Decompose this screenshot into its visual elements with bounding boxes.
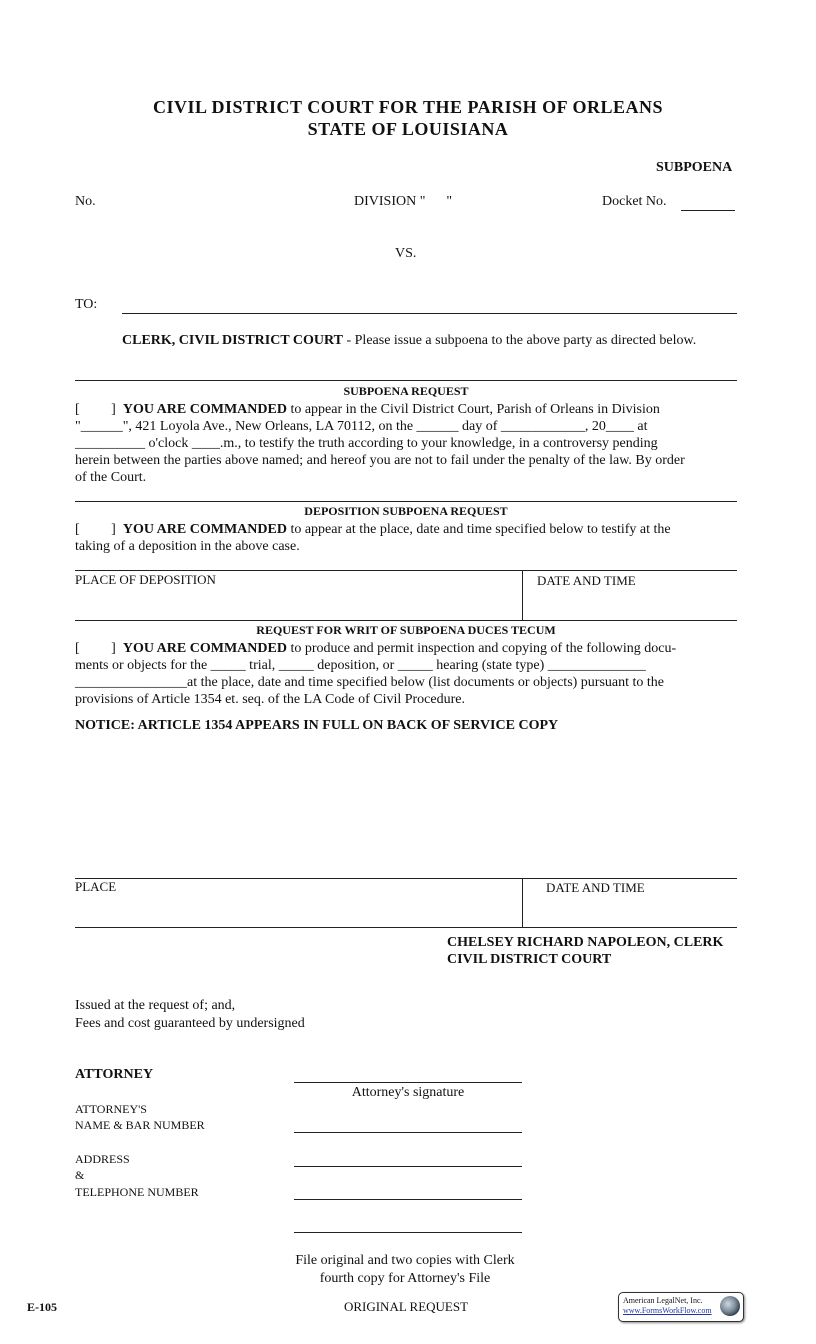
docket-number-field[interactable] [681, 210, 735, 211]
divider [522, 878, 523, 928]
to-field[interactable] [122, 313, 737, 314]
duces-tecum-commanded: YOU ARE COMMANDED [123, 641, 287, 656]
duces-tecum-line4: provisions of Article 1354 et. seq. of t… [75, 691, 737, 708]
clerk-name: CHELSEY RICHARD NAPOLEON, CLERK [447, 935, 723, 951]
clerk-request-text: - Please issue a subpoena to the above p… [343, 333, 696, 348]
attorney-name-label-2: NAME & BAR NUMBER [75, 1118, 205, 1133]
subpoena-line2: "______", 421 Loyola Ave., New Orleans, … [75, 418, 737, 435]
place-of-deposition-label: PLACE OF DEPOSITION [75, 572, 216, 588]
ampersand-label: & [75, 1168, 84, 1183]
form-code: E-105 [27, 1300, 57, 1315]
deposition-date-time-field[interactable] [525, 590, 735, 618]
attorney-name-field[interactable] [294, 1132, 522, 1133]
extra-field[interactable] [294, 1232, 522, 1233]
telephone-label: TELEPHONE NUMBER [75, 1185, 199, 1200]
state-title: STATE OF LOUISIANA [0, 119, 816, 140]
date-time-field[interactable] [525, 897, 735, 925]
globe-icon [720, 1296, 740, 1316]
subpoena-request-body: [ ] YOU ARE COMMANDED to appear in the C… [75, 401, 737, 486]
clerk-request: CLERK, CIVIL DISTRICT COURT - Please iss… [75, 332, 715, 349]
place-field[interactable] [75, 897, 520, 925]
divider [75, 878, 737, 879]
document-type: SUBPOENA [656, 160, 732, 176]
deposition-request-heading: DEPOSITION SUBPOENA REQUEST [75, 504, 737, 519]
divider [75, 380, 737, 381]
duces-tecum-checkbox[interactable]: [ ] [75, 641, 116, 656]
deposition-line1: to appear at the place, date and time sp… [287, 522, 671, 537]
subpoena-request-heading: SUBPOENA REQUEST [75, 384, 737, 399]
divider [75, 620, 737, 621]
duces-tecum-line2: ments or objects for the _____ trial, __… [75, 657, 737, 674]
address-label: ADDRESS [75, 1152, 130, 1167]
to-label: TO: [75, 297, 97, 313]
subpoena-line4: herein between the parties above named; … [75, 452, 737, 469]
case-number-label: No. [75, 194, 96, 210]
divider [75, 927, 737, 928]
subpoena-line1: to appear in the Civil District Court, P… [287, 402, 660, 417]
docket-number-label: Docket No. [602, 194, 667, 210]
publisher-name: American LegalNet, Inc. [623, 1296, 712, 1306]
subpoena-line5: of the Court. [75, 469, 737, 486]
attorney-signature-field[interactable] [294, 1082, 522, 1083]
divider [75, 570, 737, 571]
publisher-link[interactable]: www.FormsWorkFlow.com [623, 1306, 712, 1316]
divider [522, 570, 523, 620]
issued-line1: Issued at the request of; and, [75, 998, 235, 1014]
issued-line2: Fees and cost guaranteed by undersigned [75, 1016, 305, 1032]
file-instruction-1: File original and two copies with Clerk [250, 1253, 560, 1269]
file-instruction-2: fourth copy for Attorney's File [250, 1271, 560, 1287]
attorney-heading: ATTORNEY [75, 1067, 153, 1083]
deposition-line2: taking of a deposition in the above case… [75, 538, 737, 555]
duces-tecum-line1: to produce and permit inspection and cop… [287, 641, 676, 656]
publisher-logo[interactable]: American LegalNet, Inc. www.FormsWorkFlo… [618, 1292, 744, 1322]
copy-type: ORIGINAL REQUEST [300, 1299, 512, 1315]
deposition-date-time-label: DATE AND TIME [537, 573, 636, 589]
attorney-name-label-1: ATTORNEY'S [75, 1102, 147, 1117]
place-label: PLACE [75, 879, 116, 895]
date-time-label: DATE AND TIME [546, 880, 645, 896]
divider [75, 501, 737, 502]
attorney-signature-label: Attorney's signature [294, 1085, 522, 1101]
deposition-commanded: YOU ARE COMMANDED [123, 522, 287, 537]
clerk-request-bold: CLERK, CIVIL DISTRICT COURT [122, 333, 343, 348]
deposition-request-checkbox[interactable]: [ ] [75, 522, 116, 537]
court-title: CIVIL DISTRICT COURT FOR THE PARISH OF O… [0, 97, 816, 118]
place-of-deposition-field[interactable] [75, 590, 520, 618]
duces-tecum-heading: REQUEST FOR WRIT OF SUBPOENA DUCES TECUM [75, 623, 737, 638]
subpoena-commanded: YOU ARE COMMANDED [123, 402, 287, 417]
deposition-request-body: [ ] YOU ARE COMMANDED to appear at the p… [75, 521, 737, 555]
subpoena-line3: __________ o'clock ____.m., to testify t… [75, 435, 737, 452]
telephone-field[interactable] [294, 1199, 522, 1200]
versus-label: VS. [395, 246, 416, 262]
division-label: DIVISION " " [354, 194, 452, 210]
duces-tecum-body: [ ] YOU ARE COMMANDED to produce and per… [75, 640, 737, 708]
subpoena-request-checkbox[interactable]: [ ] [75, 402, 116, 417]
clerk-court: CIVIL DISTRICT COURT [447, 952, 611, 968]
duces-tecum-line3: ________________at the place, date and t… [75, 674, 737, 691]
address-field[interactable] [294, 1166, 522, 1167]
article-notice: NOTICE: ARTICLE 1354 APPEARS IN FULL ON … [75, 718, 558, 734]
